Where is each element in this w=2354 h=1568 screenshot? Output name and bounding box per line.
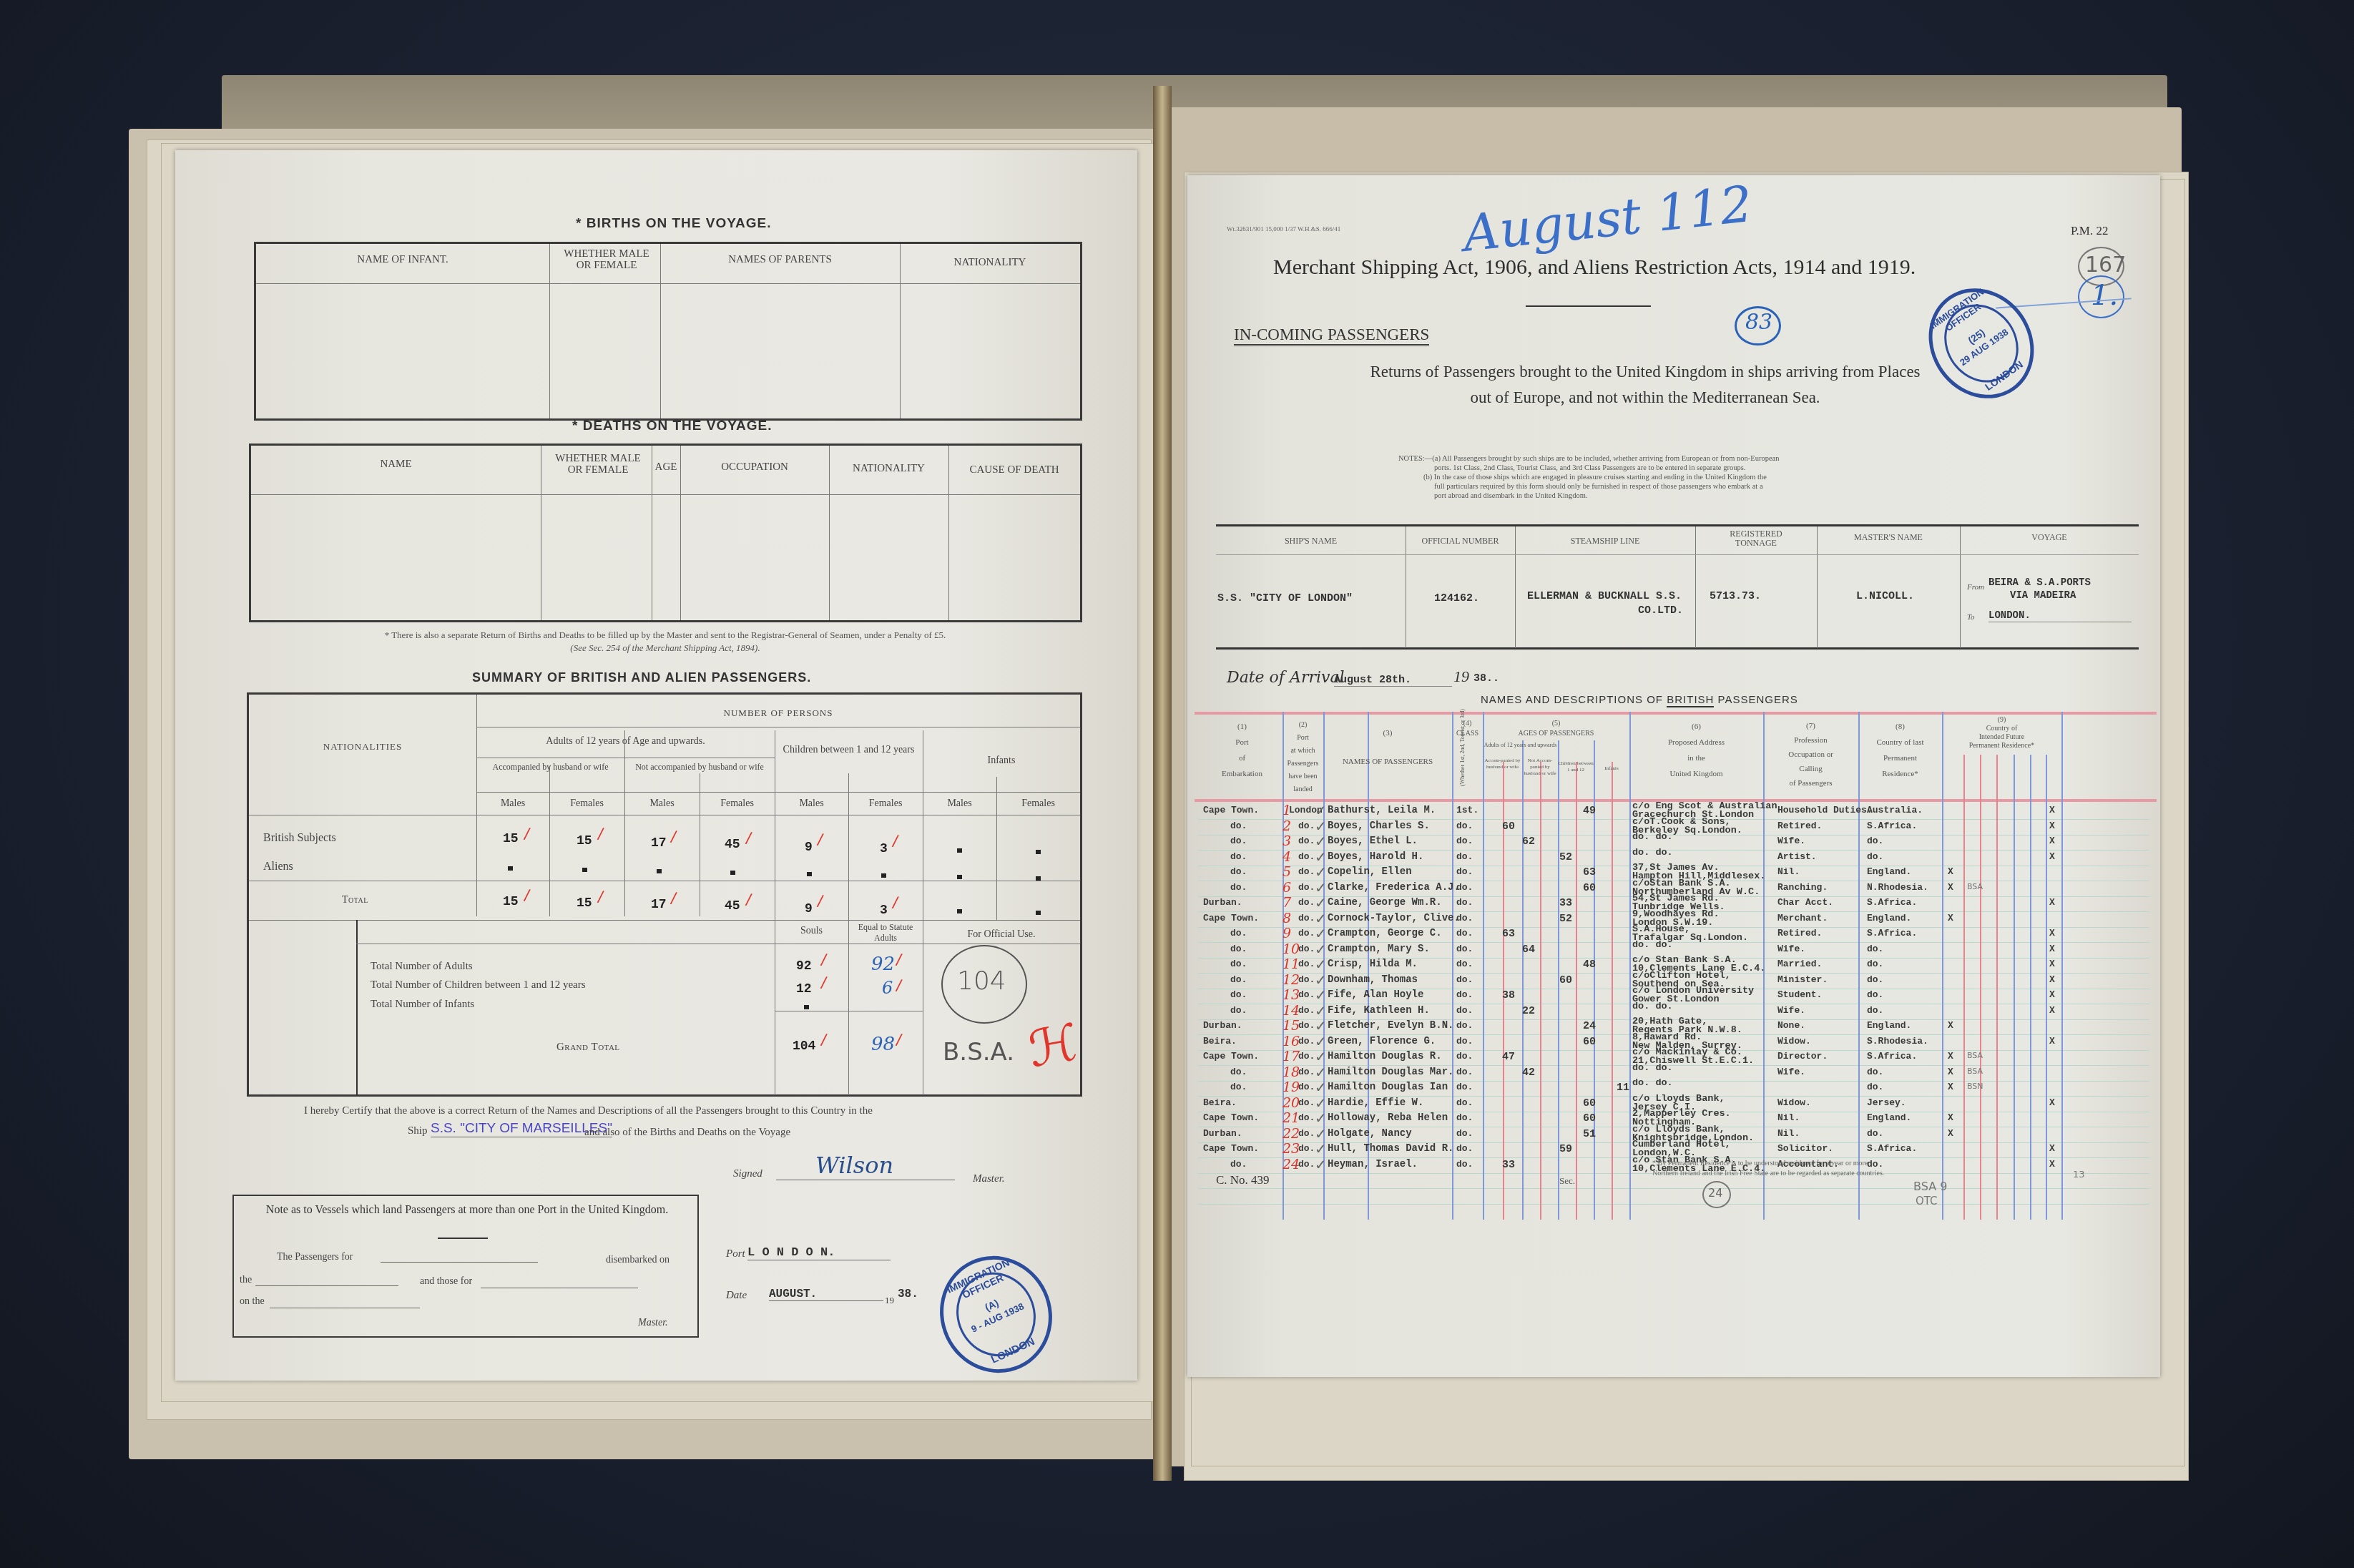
british-children-males: 9: [805, 841, 813, 855]
tonnage-value: 5713.73.: [1710, 590, 1761, 602]
passenger-register: (1) Port of Embarkation (2) Port at whic…: [1187, 712, 2160, 1377]
row-number: 10: [1283, 941, 1300, 957]
occupation: Wife.: [1777, 836, 1805, 846]
last-residence: do.: [1867, 974, 1883, 985]
occupation: Director.: [1777, 1051, 1828, 1062]
port-of-embarkation: do.: [1230, 836, 1247, 846]
passenger-class: do.: [1456, 820, 1473, 831]
future-residence-mark: X: [1948, 1112, 1953, 1123]
port-landed: do.: [1298, 1005, 1315, 1016]
passenger-age: 60: [1583, 1036, 1596, 1048]
future-residence-mark: X: [2049, 805, 2055, 815]
passenger-class: do.: [1456, 974, 1473, 985]
row-number: 11: [1283, 956, 1300, 972]
passenger-name: Fife, Kathleen H.: [1328, 1005, 1430, 1016]
date-year: 38.: [898, 1288, 918, 1300]
col-ages-not-accompanied: Not Accom-panied by husband or wife: [1522, 758, 1558, 777]
passenger-name: Clarke, Frederica A.J.: [1328, 882, 1460, 893]
occupation: Nil.: [1777, 866, 1800, 877]
master-value: L.NICOLL.: [1856, 590, 1914, 602]
passenger-age: 60: [1559, 974, 1572, 986]
row-label-british: British Subjects: [263, 832, 336, 845]
port-of-embarkation: do.: [1230, 1082, 1247, 1092]
passenger-age: 51: [1583, 1128, 1596, 1140]
passenger-class: do.: [1456, 1097, 1473, 1108]
left-page: * BIRTHS ON THE VOYAGE. NAME OF INFANT. …: [175, 150, 1137, 1381]
check-mark-icon: ✓: [1315, 941, 1327, 958]
port-of-embarkation: Beira.: [1203, 1036, 1237, 1047]
port-of-embarkation: Durban.: [1203, 897, 1242, 908]
last-residence: England.: [1867, 1020, 1911, 1031]
incoming-heading: IN-COMING PASSENGERS: [1234, 325, 1429, 346]
passenger-name: Hamilton Douglas Ian: [1328, 1082, 1448, 1093]
port-of-embarkation: do.: [1230, 1005, 1247, 1016]
certify-ship-prefix: Ship: [408, 1125, 428, 1137]
check-mark-icon: ✓: [1315, 879, 1327, 896]
row-number: 9: [1283, 926, 1291, 941]
sec-label: Sec.: [1559, 1175, 1575, 1187]
footnote-permanent: * By Permanent Residence is to be unders…: [1652, 1160, 1870, 1167]
occupation: Wife.: [1777, 1005, 1805, 1016]
last-residence: S.Africa.: [1867, 1051, 1917, 1062]
last-residence: do.: [1867, 836, 1883, 846]
future-residence-mark: X: [2049, 1097, 2055, 1108]
total-acc-females: 15: [577, 896, 592, 911]
title-underline: [1526, 305, 1651, 307]
passenger-age: 33: [1559, 897, 1572, 909]
total-adults-souls: 92: [796, 959, 812, 974]
births-deaths-footnote-ref: (See Sec. 254 of the Merchant Shipping A…: [247, 642, 1084, 654]
summary-children-header: Children between 1 and 12 years: [775, 745, 923, 755]
passenger-age: 22: [1522, 1005, 1535, 1017]
row-number: 24: [1283, 1157, 1300, 1172]
c-number: C. No. 439: [1216, 1173, 1270, 1187]
passenger-age: 48: [1583, 959, 1596, 971]
occupation: Student.: [1777, 989, 1822, 1000]
certify-line-1: I hereby Certify that the above is a cor…: [304, 1105, 873, 1117]
future-residence-mark: X: [2049, 1159, 2055, 1170]
official-number-header: OFFICIAL NUMBER: [1406, 536, 1515, 546]
port-of-embarkation: Cape Town.: [1203, 1112, 1259, 1123]
births-title: * BIRTHS ON THE VOYAGE.: [576, 216, 772, 232]
occupation: Nil.: [1777, 1128, 1800, 1139]
future-residence-mark: X: [2049, 820, 2055, 831]
passenger-age: 33: [1502, 1159, 1515, 1171]
passenger-name: Bathurst, Leila M.: [1328, 805, 1436, 816]
date-year-prefix: 19: [885, 1295, 894, 1306]
col-males: Males: [624, 798, 700, 809]
last-residence: England.: [1867, 1112, 1911, 1123]
note-box-title: Note as to Vessels which land Passengers…: [248, 1203, 686, 1217]
future-residence-mark: X: [2049, 836, 2055, 846]
row-label-total: Total: [342, 895, 368, 906]
bsa-9-note: BSA 9: [1913, 1180, 1947, 1193]
passenger-age: 52: [1559, 851, 1572, 863]
date-label: Date: [726, 1290, 747, 1302]
port-of-embarkation: do.: [1230, 882, 1247, 893]
passenger-name: Crisp, Hilda M.: [1328, 959, 1418, 970]
folder-spine: [1153, 86, 1172, 1481]
summary-infants-header: Infants: [923, 755, 1080, 766]
row-number: 14: [1283, 1003, 1300, 1019]
note-line-1a: The Passengers for: [277, 1252, 353, 1263]
ship-table-bottom-rule: [1216, 647, 2139, 650]
statute-header: Equal to Statute Adults: [848, 922, 923, 944]
occupation: Wife.: [1777, 944, 1805, 954]
passenger-name: Boyes, Harold H.: [1328, 851, 1423, 863]
deaths-table: NAME WHETHER MALE OR FEMALE AGE OCCUPATI…: [249, 444, 1082, 622]
port-of-embarkation: Cape Town.: [1203, 1143, 1259, 1154]
port-value: L O N D O N.: [747, 1246, 891, 1260]
voyage-header: VOYAGE: [1960, 533, 2139, 542]
births-col-sex: WHETHER MALE OR FEMALE: [564, 248, 649, 271]
summary-number-header: NUMBER OF PERSONS: [476, 707, 1080, 718]
check-mark-icon: ✓: [1315, 848, 1327, 866]
passenger-age: 42: [1522, 1067, 1535, 1079]
circled-1: 1.: [2091, 279, 2118, 312]
check-mark-icon: ✓: [1315, 1033, 1327, 1050]
port-of-embarkation: do.: [1230, 944, 1247, 954]
margin-13: 13: [2073, 1170, 2085, 1180]
arrival-year: 38..: [1473, 672, 1499, 685]
col-class-sub: (Whether 1st, 2nd, Tourist or 3rd): [1458, 705, 1468, 790]
row-number: 18: [1283, 1064, 1300, 1080]
passenger-class: do.: [1456, 1067, 1473, 1077]
check-mark-icon: ✓: [1315, 833, 1327, 850]
check-mark-icon: ✓: [1315, 1017, 1327, 1034]
future-residence-mark: X: [2049, 897, 2055, 908]
passenger-class: do.: [1456, 1128, 1473, 1139]
port-landed: do.: [1298, 1143, 1315, 1154]
passenger-age: 60: [1583, 882, 1596, 894]
circled-83: 83: [1745, 310, 1772, 335]
check-mark-icon: ✓: [1315, 925, 1327, 942]
handwritten-note: BSA: [1967, 1067, 1983, 1076]
passenger-name: Hull, Thomas David R.: [1328, 1143, 1453, 1155]
future-residence-mark: X: [1948, 1020, 1953, 1031]
total-notacc-males: 17: [651, 898, 667, 912]
check-mark-icon: ✓: [1315, 956, 1327, 973]
last-residence: England.: [1867, 866, 1911, 877]
passenger-age: 52: [1559, 913, 1572, 925]
occupation: Wife.: [1777, 1067, 1805, 1077]
deaths-col-name: NAME: [251, 459, 541, 470]
note-box: Note as to Vessels which land Passengers…: [232, 1195, 699, 1338]
summary-adults-header: Adults of 12 years of Age and upwards.: [476, 736, 775, 747]
row-number: 5: [1283, 864, 1291, 880]
address-line-1: do. do.: [1632, 833, 1673, 842]
occupation: Nil.: [1777, 1112, 1800, 1123]
check-mark-icon: ✓: [1315, 971, 1327, 989]
port-landed: do.: [1298, 851, 1315, 862]
last-residence: do.: [1867, 1067, 1883, 1077]
row-number: 17: [1283, 1049, 1300, 1064]
names-heading-british: BRITISH: [1667, 694, 1714, 707]
passenger-class: do.: [1456, 836, 1473, 846]
last-residence: England.: [1867, 913, 1911, 923]
port-landed: do.: [1298, 913, 1315, 923]
footnote-ireland: Northern Ireland and the Irish Free Stat…: [1652, 1170, 1884, 1177]
passenger-class: do.: [1456, 1051, 1473, 1062]
passenger-name: Crampton, Mary S.: [1328, 944, 1430, 955]
last-residence: do.: [1867, 989, 1883, 1000]
row-number: 7: [1283, 895, 1291, 911]
occupation: Ranching.: [1777, 882, 1828, 893]
occupation: Retired.: [1777, 820, 1822, 831]
births-deaths-footnote: * There is also a separate Return of Bir…: [247, 629, 1084, 641]
passenger-name: Fife, Alan Hoyle: [1328, 989, 1423, 1001]
future-residence-mark: X: [2049, 928, 2055, 939]
total-children-label: Total Number of Children between 1 and 1…: [371, 979, 586, 991]
check-mark-icon: ✓: [1315, 894, 1327, 911]
address-line-1: do. do.: [1632, 941, 1673, 950]
passenger-class: do.: [1456, 1020, 1473, 1031]
master-header: MASTER'S NAME: [1817, 533, 1960, 542]
date-value: AUGUST.: [769, 1288, 883, 1301]
future-residence-mark: X: [2049, 1036, 2055, 1047]
act-title: Merchant Shipping Act, 1906, and Aliens …: [1273, 255, 1916, 280]
passenger-class: do.: [1456, 928, 1473, 939]
col-males: Males: [476, 798, 549, 809]
passenger-class: do.: [1456, 944, 1473, 954]
future-residence-mark: X: [1948, 1082, 1953, 1092]
master-label: Master.: [973, 1173, 1005, 1185]
steamship-line-value-1: ELLERMAN & BUCKNALL S.S.: [1527, 590, 1682, 602]
occupation: Retired.: [1777, 928, 1822, 939]
address-line-1: do. do.: [1632, 1064, 1673, 1073]
occupation: Widow.: [1777, 1097, 1811, 1108]
future-residence-mark: X: [2049, 851, 2055, 862]
row-number: 4: [1283, 849, 1291, 865]
british-acc-males: 15: [503, 832, 519, 846]
births-col-parents: NAMES OF PARENTS: [660, 254, 900, 265]
names-heading-c: PASSENGERS: [1718, 694, 1798, 706]
occupation: Minister.: [1777, 974, 1828, 985]
passenger-name: Holgate, Nancy: [1328, 1128, 1412, 1140]
voyage-from-1: BEIRA & S.A.PORTS: [1988, 577, 2091, 589]
port-of-embarkation: Cape Town.: [1203, 1051, 1259, 1062]
notes-a-2: ports. 1st Class, 2nd Class, Tourist Cla…: [1434, 464, 1745, 473]
col-future-residence: (9) Country of Intended Future Permanent…: [1942, 716, 2061, 750]
col-females: Females: [848, 798, 923, 809]
total-children-statute: 6: [882, 978, 893, 998]
british-notacc-males: 17: [651, 836, 667, 851]
grand-total-label: Grand Total: [556, 1042, 620, 1054]
check-mark-icon: ✓: [1315, 1064, 1327, 1081]
immigration-stamp-left: IMMIGRATION OFFICER (A) 9 - AUG 1938 LON…: [921, 1238, 1071, 1391]
passenger-class: do.: [1456, 1082, 1473, 1092]
passenger-name: Fletcher, Evelyn B.N.: [1328, 1020, 1453, 1032]
port-of-embarkation: do.: [1230, 820, 1247, 831]
summary-title: SUMMARY OF BRITISH AND ALIEN PASSENGERS.: [472, 670, 811, 685]
col-ages-children: Children between 1 and 12: [1558, 760, 1594, 773]
col-occupation: (7) Profession Occupation or Calling of …: [1763, 719, 1858, 790]
last-residence: do.: [1867, 1128, 1883, 1139]
last-residence: do.: [1867, 1005, 1883, 1016]
row-number: 15: [1283, 1018, 1300, 1034]
occupation: Merchant.: [1777, 913, 1828, 923]
future-residence-mark: X: [2049, 989, 2055, 1000]
future-residence-mark: X: [2049, 1005, 2055, 1016]
future-residence-mark: X: [2049, 959, 2055, 969]
col-port-embarkation: (1) Port of Embarkation: [1202, 719, 1283, 782]
passenger-class: do.: [1456, 1005, 1473, 1016]
row-number: 23: [1283, 1141, 1300, 1157]
summary-table: NATIONALITIES NUMBER OF PERSONS Adults o…: [247, 692, 1082, 1097]
col-ages-accompanied: Accom-panied by husband or wife: [1483, 758, 1522, 770]
voyage-to: LONDON.: [1988, 610, 2132, 622]
summary-accompanied-header: Accompanied by husband or wife: [476, 762, 624, 773]
port-landed: do.: [1298, 1128, 1315, 1139]
ship-name-header: SHIP'S NAME: [1216, 536, 1406, 546]
future-residence-mark: X: [1948, 1128, 1953, 1139]
handwritten-note: BSN: [1967, 1082, 1983, 1091]
note-master: Master.: [638, 1318, 668, 1329]
last-residence: S.Africa.: [1867, 1143, 1917, 1154]
passenger-class: do.: [1456, 866, 1473, 877]
passenger-age: 60: [1583, 1097, 1596, 1109]
port-of-embarkation: do.: [1230, 989, 1247, 1000]
last-residence: S.Rhodesia.: [1867, 1036, 1928, 1047]
port-landed: do.: [1298, 1036, 1315, 1047]
occupation: Char Acct.: [1777, 897, 1833, 908]
passenger-name: Holloway, Reba Helen: [1328, 1112, 1448, 1124]
grand-total-souls: 104: [793, 1039, 815, 1054]
port-landed: do.: [1298, 959, 1315, 969]
british-notacc-females: 45: [725, 838, 740, 852]
passenger-age: 63: [1583, 866, 1596, 878]
check-mark-icon: ✓: [1315, 910, 1327, 927]
right-page: Wt.32631/901 15,000 1/37 W.H.&S. 666/41 …: [1187, 175, 2160, 1377]
total-acc-males: 15: [503, 895, 519, 909]
occupation: Household Duties.: [1777, 805, 1873, 815]
port-landed: do.: [1298, 1112, 1315, 1123]
passenger-class: do.: [1456, 1112, 1473, 1123]
passenger-age: 60: [1583, 1112, 1596, 1124]
returns-line-2: out of Europe, and not within the Medite…: [1230, 388, 2060, 407]
last-residence: do.: [1867, 1082, 1883, 1092]
occupation: Widow.: [1777, 1036, 1811, 1047]
otc-note: OTC: [1916, 1195, 1938, 1207]
steamship-line-header: STEAMSHIP LINE: [1515, 536, 1695, 546]
passenger-name: Cornock-Taylor, Clive.: [1328, 913, 1460, 924]
voyage-to-label: To: [1967, 613, 1975, 622]
passenger-name: Hamilton Douglas Mar.: [1328, 1067, 1453, 1078]
passenger-age: 38: [1502, 989, 1515, 1001]
address-line-1: do. do.: [1632, 1079, 1673, 1088]
passenger-class: do.: [1456, 989, 1473, 1000]
col-names: (3) NAMES OF PASSENGERS: [1323, 719, 1452, 776]
note-line-1b: disembarked on: [606, 1255, 670, 1266]
notes-b-2: full particulars required by this form s…: [1434, 482, 1763, 491]
port-landed: do.: [1298, 944, 1315, 954]
tonnage-header: REGISTERED TONNAGE: [1710, 529, 1803, 548]
port-of-embarkation: Cape Town.: [1203, 913, 1259, 923]
note-line-2b: and those for: [420, 1276, 472, 1288]
passenger-name: Crampton, George C.: [1328, 928, 1442, 939]
total-infants-label: Total Number of Infants: [371, 999, 474, 1011]
port-landed: do.: [1298, 897, 1315, 908]
passenger-name: Boyes, Charles S.: [1328, 820, 1430, 832]
total-children-females: 3: [880, 903, 888, 918]
official-number-value: 124162.: [1434, 592, 1479, 604]
british-children-females: 3: [880, 842, 888, 856]
note-line-2a: the: [240, 1275, 252, 1286]
check-mark-icon: ✓: [1315, 863, 1327, 881]
ship-table-top-rule: [1216, 524, 2139, 526]
passenger-name: Boyes, Ethel L.: [1328, 836, 1418, 847]
passenger-class: do.: [1456, 882, 1473, 893]
last-residence: Australia.: [1867, 805, 1923, 815]
check-mark-icon: ✓: [1315, 1002, 1327, 1019]
deaths-col-age: AGE: [652, 461, 680, 473]
print-code: Wt.32631/901 15,000 1/37 W.H.&S. 666/41: [1227, 225, 1340, 232]
arrival-year-prefix: 19: [1453, 667, 1469, 686]
check-mark-icon: ✓: [1315, 1079, 1327, 1096]
total-notacc-females: 45: [725, 899, 740, 913]
passenger-class: do.: [1456, 913, 1473, 923]
port-landed: do.: [1298, 1097, 1315, 1108]
circled-24: 24: [1708, 1186, 1722, 1200]
port-landed: do.: [1298, 1051, 1315, 1062]
port-landed: do.: [1298, 866, 1315, 877]
arrival-value: August 28th.: [1334, 674, 1452, 687]
port-landed: do.: [1298, 1020, 1315, 1031]
deaths-col-occupation: OCCUPATION: [680, 461, 829, 473]
handwritten-note: BSA: [1967, 882, 1983, 891]
port-of-embarkation: do.: [1230, 866, 1247, 877]
check-mark-icon: ✓: [1315, 1125, 1327, 1142]
row-number: 21: [1283, 1110, 1300, 1126]
row-number: 2: [1283, 818, 1291, 834]
red-initials: ℋ: [1024, 1013, 1082, 1079]
passenger-name: Copelin, Ellen: [1328, 866, 1412, 878]
ship-name-value: S.S. "CITY OF LONDON": [1217, 592, 1353, 604]
notes-b-3: port abroad and disembark in the United …: [1434, 491, 1588, 501]
official-circled-number: 104: [957, 966, 1006, 996]
col-ages-infants: Infants: [1594, 763, 1629, 773]
master-signature: Wilson: [815, 1152, 893, 1179]
row-number: 3: [1283, 833, 1291, 849]
arrival-label: Date of Arrival: [1227, 669, 1345, 687]
passenger-class: do.: [1456, 851, 1473, 862]
passenger-name: Downham, Thomas: [1328, 974, 1418, 986]
port-landed: do.: [1298, 974, 1315, 985]
check-mark-icon: ✓: [1315, 1094, 1327, 1112]
col-males: Males: [775, 798, 848, 809]
port-of-embarkation: do.: [1230, 974, 1247, 985]
col-females: Females: [996, 798, 1080, 809]
summary-nationalities-header: NATIONALITIES: [249, 741, 476, 752]
port-of-embarkation: Beira.: [1203, 1097, 1237, 1108]
row-number: 22: [1283, 1126, 1300, 1142]
last-residence: S.Africa.: [1867, 928, 1917, 939]
last-residence: do.: [1867, 944, 1883, 954]
passenger-class: do.: [1456, 959, 1473, 969]
occupation: Solicitor.: [1777, 1143, 1833, 1154]
future-residence-mark: X: [2049, 1143, 2055, 1154]
check-mark-icon: ✓: [1315, 1109, 1327, 1127]
passenger-class: do.: [1456, 1159, 1473, 1170]
port-of-embarkation: do.: [1230, 1159, 1247, 1170]
future-residence-mark: X: [2049, 974, 2055, 985]
port-landed: do.: [1298, 882, 1315, 893]
port-of-embarkation: do.: [1230, 928, 1247, 939]
row-number: 12: [1283, 972, 1300, 988]
port-of-embarkation: Durban.: [1203, 1128, 1242, 1139]
passenger-age: 59: [1559, 1143, 1572, 1155]
total-children-males: 9: [805, 902, 813, 916]
